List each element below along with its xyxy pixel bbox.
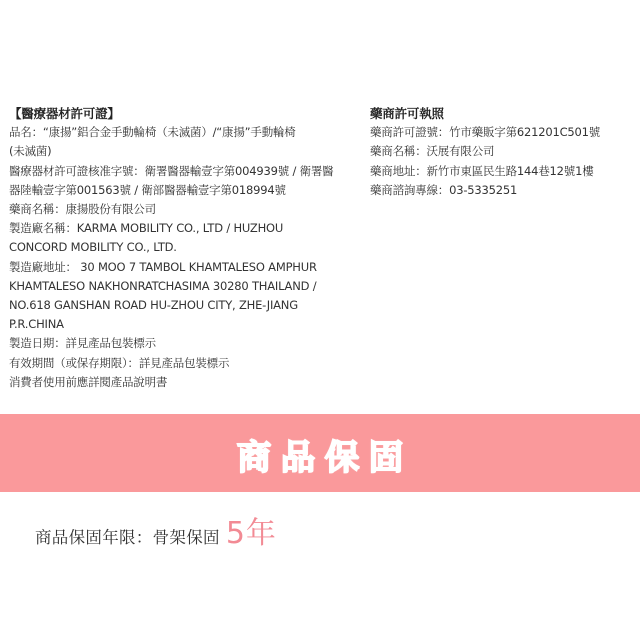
pharmacy-name: 藥商名稱：沃展有限公司 xyxy=(370,142,635,161)
manufacturer-name-line-2: CONCORD MOBILITY CO., LTD. xyxy=(9,238,354,257)
license-number-line-1: 醫療器材許可證核准字號：衛署醫器輸壹字第004939號 / 衛署醫 xyxy=(9,162,354,181)
license-number-line-2: 器陸輸壹字第001563號 / 衛部醫器輸壹字第018994號 xyxy=(9,181,354,200)
manufacturer-address-line-3: NO.618 GANSHAN ROAD HU-ZHOU CITY, ZHE-JI… xyxy=(9,296,354,315)
manufacturer-address-line-1: 製造廠地址： 30 MOO 7 TAMBOL KHAMTALESO AMPHUR xyxy=(9,258,354,277)
product-name-line-1: 品名：“康揚”鋁合金手動輪椅（未滅菌）/“康揚”手動輪椅 xyxy=(9,123,354,142)
usage-notice: 消費者使用前應詳閱產品說明書 xyxy=(9,373,354,392)
manufacture-date: 製造日期：詳見產品包裝標示 xyxy=(9,334,354,353)
product-name-line-2: (未滅菌) xyxy=(9,142,354,161)
pharmacy-license-section: 藥商許可執照 藥商許可證號：竹市藥販字第621201C501號 藥商名稱：沃展有… xyxy=(370,104,635,200)
expiry-period: 有效期間（或保存期限）：詳見產品包裝標示 xyxy=(9,354,354,373)
pharmacy-license-heading: 藥商許可執照 xyxy=(370,104,635,123)
pharmacy-hotline: 藥商諮詢專線：03-5335251 xyxy=(370,181,635,200)
warranty-label: 商品保固年限：骨架保固 xyxy=(35,524,220,552)
pharmacy-license-number: 藥商許可證號：竹市藥販字第621201C501號 xyxy=(370,123,635,142)
warranty-banner-title: 商品保固 xyxy=(227,430,413,479)
manufacturer-address-line-2: KHAMTALESO NAKHONRATCHASIMA 30280 THAILA… xyxy=(9,277,354,296)
warranty-years: 5年 xyxy=(226,516,277,552)
warranty-banner: 商品保固 xyxy=(0,414,640,492)
pharmacy-company-name: 藥商名稱：康揚股份有限公司 xyxy=(9,200,354,219)
warranty-info: 商品保固年限：骨架保固 5年 xyxy=(35,516,277,552)
pharmacy-address: 藥商地址：新竹市東區民生路144巷12號1樓 xyxy=(370,162,635,181)
medical-license-heading: 【醫療器材許可證】 xyxy=(9,104,354,123)
medical-device-license-section: 【醫療器材許可證】 品名：“康揚”鋁合金手動輪椅（未滅菌）/“康揚”手動輪椅 (… xyxy=(9,104,354,392)
manufacturer-name-line-1: 製造廠名稱：KARMA MOBILITY CO., LTD / HUZHOU xyxy=(9,219,354,238)
manufacturer-address-line-4: P.R.CHINA xyxy=(9,315,354,334)
